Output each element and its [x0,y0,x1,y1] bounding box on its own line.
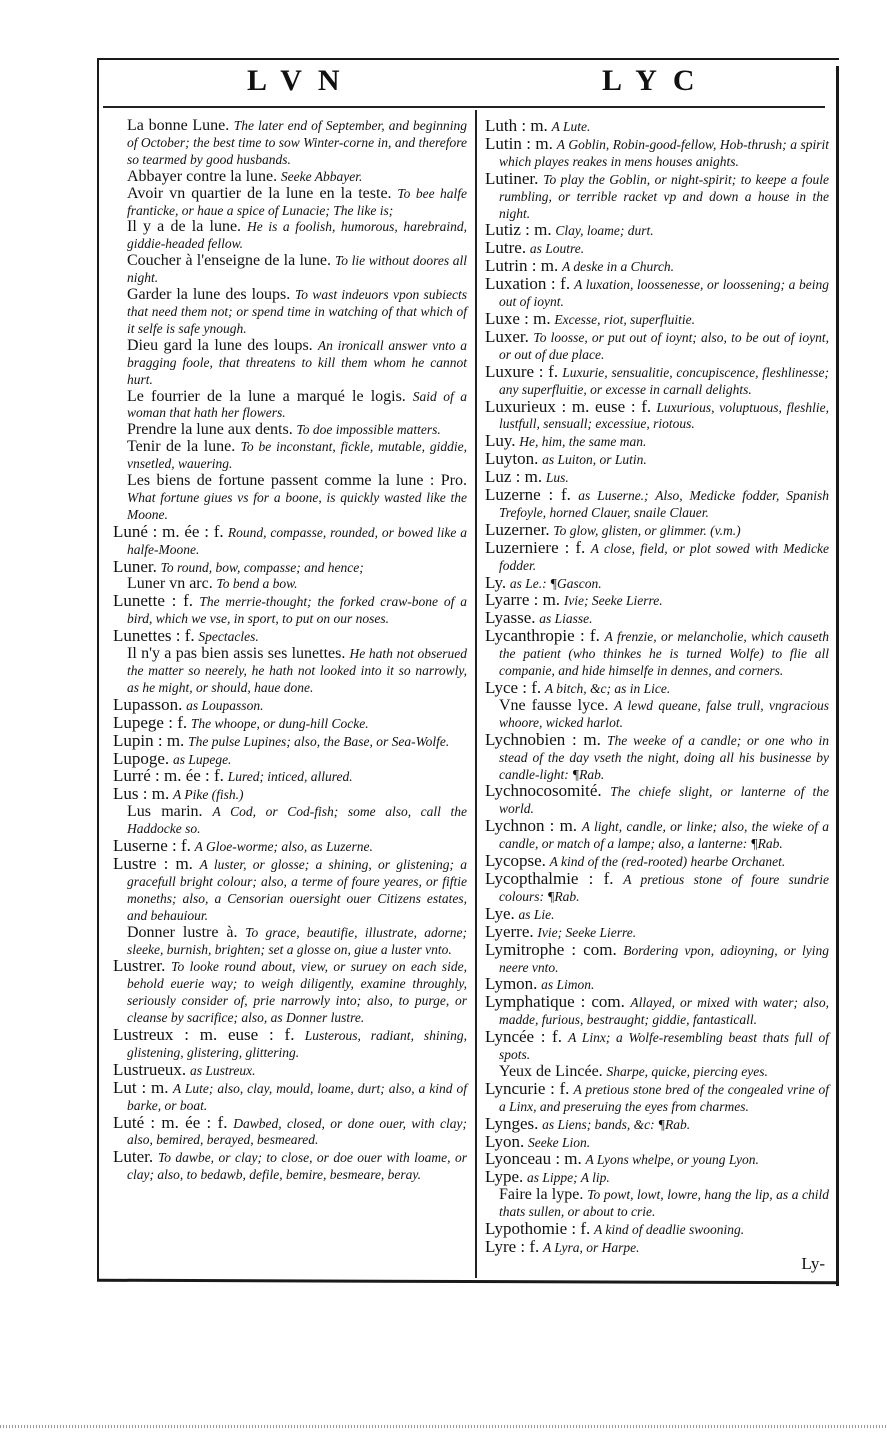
dictionary-entry: Lymphatique : com. Allayed, or mixed wit… [485,994,829,1029]
headword: Lustreux : m. euse : f. [113,1025,294,1044]
headword: Lyce : f. [485,678,541,697]
gloss: What fortune giues vs for a boone, is qu… [127,490,467,522]
dictionary-entry: Luner. To round, bow, compasse; and henc… [113,559,467,577]
dictionary-entry: Lymitrophe : com. Bordering vpon, adioyn… [485,942,829,977]
headword: Lustrer. [113,956,165,975]
gloss: The whoope, or dung-hill Cocke. [191,716,369,731]
headword: Lyon. [485,1132,524,1151]
dictionary-entry: Lus marin. A Cod, or Cod-fish; some also… [113,804,467,838]
frame-top-border [97,58,839,60]
dictionary-entry: Les biens de fortune passent comme la lu… [113,473,467,524]
dictionary-entry: Lyncée : f. A Linx; a Wolfe-resembling b… [485,1029,829,1064]
headword: Lyerre. [485,922,534,941]
dictionary-entry: Luxurieux : m. euse : f. Luxurious, volu… [485,399,829,434]
headword: Lut : m. [113,1078,169,1097]
headword: Lunettes : f. [113,626,195,645]
gloss: as Loupasson. [186,698,263,713]
dictionary-entry: Lus : m. A Pike (fish.) [113,786,467,804]
headword: Luserne : f. [113,836,191,855]
gloss: A Lyons whelpe, or young Lyon. [586,1152,759,1167]
gloss: To loosse, or put out of ioynt; also, to… [499,330,829,362]
headword: Lychnocosomité. [485,781,602,800]
running-head-left: LVN [247,64,356,98]
gloss: To dawbe, or clay; to close, or doe ouer… [127,1150,467,1182]
gloss: as Liens; bands, &c: ¶Rab. [542,1117,690,1132]
header-rule [103,106,825,108]
gloss: as Limon. [541,977,594,992]
dictionary-entry: Lype. as Lippe; A lip. [485,1169,829,1187]
headword: Dieu gard la lune des loups. [127,337,313,354]
dictionary-entry: Lunette : f. The merrie-thought; the for… [113,593,467,628]
gloss: Spectacles. [198,629,258,644]
headword: Faire la lype. [499,1186,583,1203]
gloss: as Lupege. [173,752,232,767]
headword: Lustre : m. [113,854,193,873]
gloss: To glow, glisten, or glimmer. (v.m.) [553,523,740,538]
dictionary-entry: Lyce : f. A bitch, &c; as in Lice. [485,680,829,698]
headword: Lycopse. [485,851,546,870]
headword: Coucher à l'enseigne de la lune. [127,252,331,269]
headword: Lyncée : f. [485,1027,562,1046]
dictionary-entry: Lyonceau : m. A Lyons whelpe, or young L… [485,1151,829,1169]
dictionary-entry: Lychnobien : m. The weeke of a candle; o… [485,732,829,784]
gloss: as Lustreux. [190,1063,256,1078]
headword: Lymon. [485,974,537,993]
dictionary-entry: Avoir vn quartier de la lune en la teste… [113,186,467,220]
column-divider [475,110,477,1278]
gloss: as Luiton, or Lutin. [542,452,647,467]
gloss: as Le.: ¶Gascon. [510,576,602,591]
headword: Lycanthropie : f. [485,626,600,645]
dictionary-entry: Lychnon : m. A light, candle, or linke; … [485,818,829,853]
dictionary-entry: Lustre : m. A luster, or glosse; a shini… [113,856,467,925]
gloss: A Pike (fish.) [173,787,244,802]
gloss: To play the Goblin, or night-spirit; to … [499,172,829,221]
frame-bottom-border [97,1279,839,1285]
catchword: Ly- [801,1254,825,1274]
gloss: as Liasse. [539,611,592,626]
headword: Garder la lune des loups. [127,286,290,303]
dictionary-entry: Lutiner. To play the Goblin, or night-sp… [485,171,829,223]
dictionary-entry: Il y a de la lune. He is a foolish, humo… [113,219,467,253]
dictionary-entry: Lutiz : m. Clay, loame; durt. [485,222,829,240]
dictionary-entry: Lynges. as Liens; bands, &c: ¶Rab. [485,1116,829,1134]
dictionary-entry: Luzerniere : f. A close, field, or plot … [485,540,829,575]
headword: Lutin : m. [485,134,553,153]
headword: Abbayer contre la lune. [127,168,277,185]
headword: Luner vn arc. [127,575,213,592]
headword: Luz : m. [485,467,542,486]
dictionary-entry: Abbayer contre la lune. Seeke Abbayer. [113,169,467,186]
dictionary-entry: Lycanthropie : f. A frenzie, or melancho… [485,628,829,680]
dictionary-entry: Faire la lype. To powt, lowt, lowre, han… [485,1187,829,1221]
dictionary-entry: Il n'y a pas bien assis ses lunettes. He… [113,646,467,697]
headword: Luté : m. ée : f. [113,1113,227,1132]
headword: Luxure : f. [485,362,558,381]
gloss: A Lute. [552,119,591,134]
gloss: Lured; inticed, allured. [228,769,353,784]
dictionary-entry: Vne fausse lyce. A lewd queane, false tr… [485,698,829,732]
gloss: Ivie; Seeke Lierre. [564,593,663,608]
headword: Prendre la lune aux dents. [127,421,293,438]
dictionary-entry: Lyarre : m. Ivie; Seeke Lierre. [485,592,829,610]
headword: Lurré : m. ée : f. [113,766,224,785]
headword: Lyarre : m. [485,590,560,609]
dictionary-entry: Dieu gard la lune des loups. An ironical… [113,338,467,389]
dictionary-entry: Le fourrier de la lune a marqué le logis… [113,389,467,423]
headword: Lupoge. [113,749,169,768]
headword: Lycopthalmie : f. [485,869,614,888]
dictionary-entry: Lunettes : f. Spectacles. [113,628,467,646]
dictionary-entry: Lutin : m. A Goblin, Robin-good-fellow, … [485,136,829,171]
headword: Luné : m. ée : f. [113,522,224,541]
headword: Donner lustre à. [127,924,238,941]
dictionary-entry: La bonne Lune. The later end of Septembe… [113,118,467,169]
running-head-right: LYC [602,64,711,98]
headword: Lypothomie : f. [485,1219,590,1238]
gloss: Sharpe, quicke, piercing eyes. [606,1064,767,1079]
headword: Lus marin. [127,803,203,820]
gloss: Clay, loame; durt. [555,223,653,238]
headword: Lutrin : m. [485,256,558,275]
dictionary-entry: Lut : m. A Lute; also, clay, mould, loam… [113,1080,467,1115]
dictionary-entry: Lustrer. To looke round about, view, or … [113,958,467,1027]
gloss: A kind of deadlie swooning. [594,1222,744,1237]
headword: Luzerne : f. [485,485,571,504]
dictionary-page: LVN LYC La bonne Lune. The later end of … [97,58,839,1296]
scan-edge-noise [0,1425,887,1428]
headword: Lupin : m. [113,731,184,750]
headword: Luy. [485,431,516,450]
headword: Luyton. [485,449,538,468]
headword: Lus : m. [113,784,169,803]
dictionary-entry: Luxe : m. Excesse, riot, superfluitie. [485,311,829,329]
headword: Luxation : f. [485,274,570,293]
gloss: A kind of the (red-rooted) hearbe Orchan… [550,854,786,869]
headword: Tenir de la lune. [127,438,235,455]
headword: Lyasse. [485,608,536,627]
gloss: He, him, the same man. [519,434,646,449]
headword: Yeux de Lincée. [499,1063,603,1080]
headword: Lyre : f. [485,1237,539,1256]
headword: Avoir vn quartier de la lune en la teste… [127,185,392,202]
left-column: La bonne Lune. The later end of Septembe… [113,118,467,1184]
dictionary-entry: Luxer. To loosse, or put out of ioynt; a… [485,329,829,364]
dictionary-entry: Lyre : f. A Lyra, or Harpe. [485,1239,829,1257]
dictionary-entry: Luxure : f. Luxurie, sensualitie, concup… [485,364,829,399]
gloss: Ivie; Seeke Lierre. [537,925,636,940]
headword: Le fourrier de la lune a marqué le logis… [127,388,406,405]
dictionary-entry: Luné : m. ée : f. Round, compasse, round… [113,524,467,559]
headword: Lutiner. [485,169,538,188]
gloss: as Lie. [519,907,555,922]
gloss: A bitch, &c; as in Lice. [545,681,670,696]
headword: Luxer. [485,327,529,346]
headword: Vne fausse lyce. [499,697,608,714]
gloss: To doe impossible matters. [296,422,440,437]
gloss: To bend a bow. [216,576,297,591]
dictionary-entry: Lyncurie : f. A pretious stone bred of t… [485,1081,829,1116]
headword: Lustrueux. [113,1060,186,1079]
dictionary-entry: Lychnocosomité. The chiefe slight, or la… [485,783,829,818]
gloss: A Lyra, or Harpe. [543,1240,639,1255]
headword: Luner. [113,557,157,576]
gloss: Lus. [546,470,569,485]
headword: Lymitrophe : com. [485,940,617,959]
headword: Lyonceau : m. [485,1149,582,1168]
headword: Luxurieux : m. euse : f. [485,397,651,416]
gloss: To round, bow, compasse; and hence; [161,560,364,575]
right-column: Luth : m. A Lute.Lutin : m. A Goblin, Ro… [485,118,829,1257]
gloss: Seeke Lion. [528,1135,590,1150]
gloss: A Gloe-worme; also, as Luzerne. [195,839,373,854]
headword: Lutre. [485,238,526,257]
headword: Lype. [485,1167,523,1186]
frame-left-border [97,58,99,1280]
headword: Luxe : m. [485,309,551,328]
gloss: Seeke Abbayer. [281,169,362,184]
headword: Lunette : f. [113,591,193,610]
gloss: To looke round about, view, or suruey on… [127,959,467,1025]
headword: Luzerniere : f. [485,538,585,557]
headword: Lymphatique : com. [485,992,625,1011]
gloss: A deske in a Church. [562,259,674,274]
headword: Lynges. [485,1114,538,1133]
dictionary-entry: Donner lustre à. To grace, beautifie, il… [113,925,467,959]
gloss: A Lute; also, clay, mould, loame, durt; … [127,1081,467,1113]
dictionary-entry: Lye. as Lie. [485,906,829,924]
headword: Lupasson. [113,695,182,714]
headword: Luzerner. [485,520,550,539]
headword: Les biens de fortune passent comme la lu… [127,472,467,489]
headword: Il y a de la lune. [127,218,241,235]
headword: Lupege : f. [113,713,187,732]
dictionary-entry: Luxation : f. A luxation, loossenesse, o… [485,276,829,311]
headword: Lyncurie : f. [485,1079,569,1098]
headword: Lutiz : m. [485,220,552,239]
dictionary-entry: Luté : m. ée : f. Dawbed, closed, or don… [113,1115,467,1150]
dictionary-entry: Luter. To dawbe, or clay; to close, or d… [113,1149,467,1184]
dictionary-entry: Luzerne : f. as Luserne.; Also, Medicke … [485,487,829,522]
dictionary-entry: Lycopthalmie : f. A pretious stone of fo… [485,871,829,906]
gloss: as Loutre. [530,241,584,256]
dictionary-entry: Coucher à l'enseigne de la lune. To lie … [113,253,467,287]
gloss: Excesse, riot, superfluitie. [554,312,695,327]
headword: Luth : m. [485,116,548,135]
dictionary-entry: Tenir de la lune. To be inconstant, fick… [113,439,467,473]
headword: Lychnon : m. [485,816,577,835]
headword: La bonne Lune. [127,117,229,134]
headword: Luter. [113,1147,153,1166]
headword: Ly. [485,573,506,592]
gloss: The pulse Lupines; also, the Base, or Se… [188,734,449,749]
dictionary-entry: Prendre la lune aux dents. To doe imposs… [113,422,467,439]
headword: Lychnobien : m. [485,730,601,749]
dictionary-entry: Garder la lune des loups. To wast indeuo… [113,287,467,338]
dictionary-entry: Lustreux : m. euse : f. Lusterous, radia… [113,1027,467,1062]
headword: Lye. [485,904,515,923]
headword: Il n'y a pas bien assis ses lunettes. [127,645,345,662]
gloss: as Lippe; A lip. [527,1170,610,1185]
frame-right-border [836,66,839,1286]
